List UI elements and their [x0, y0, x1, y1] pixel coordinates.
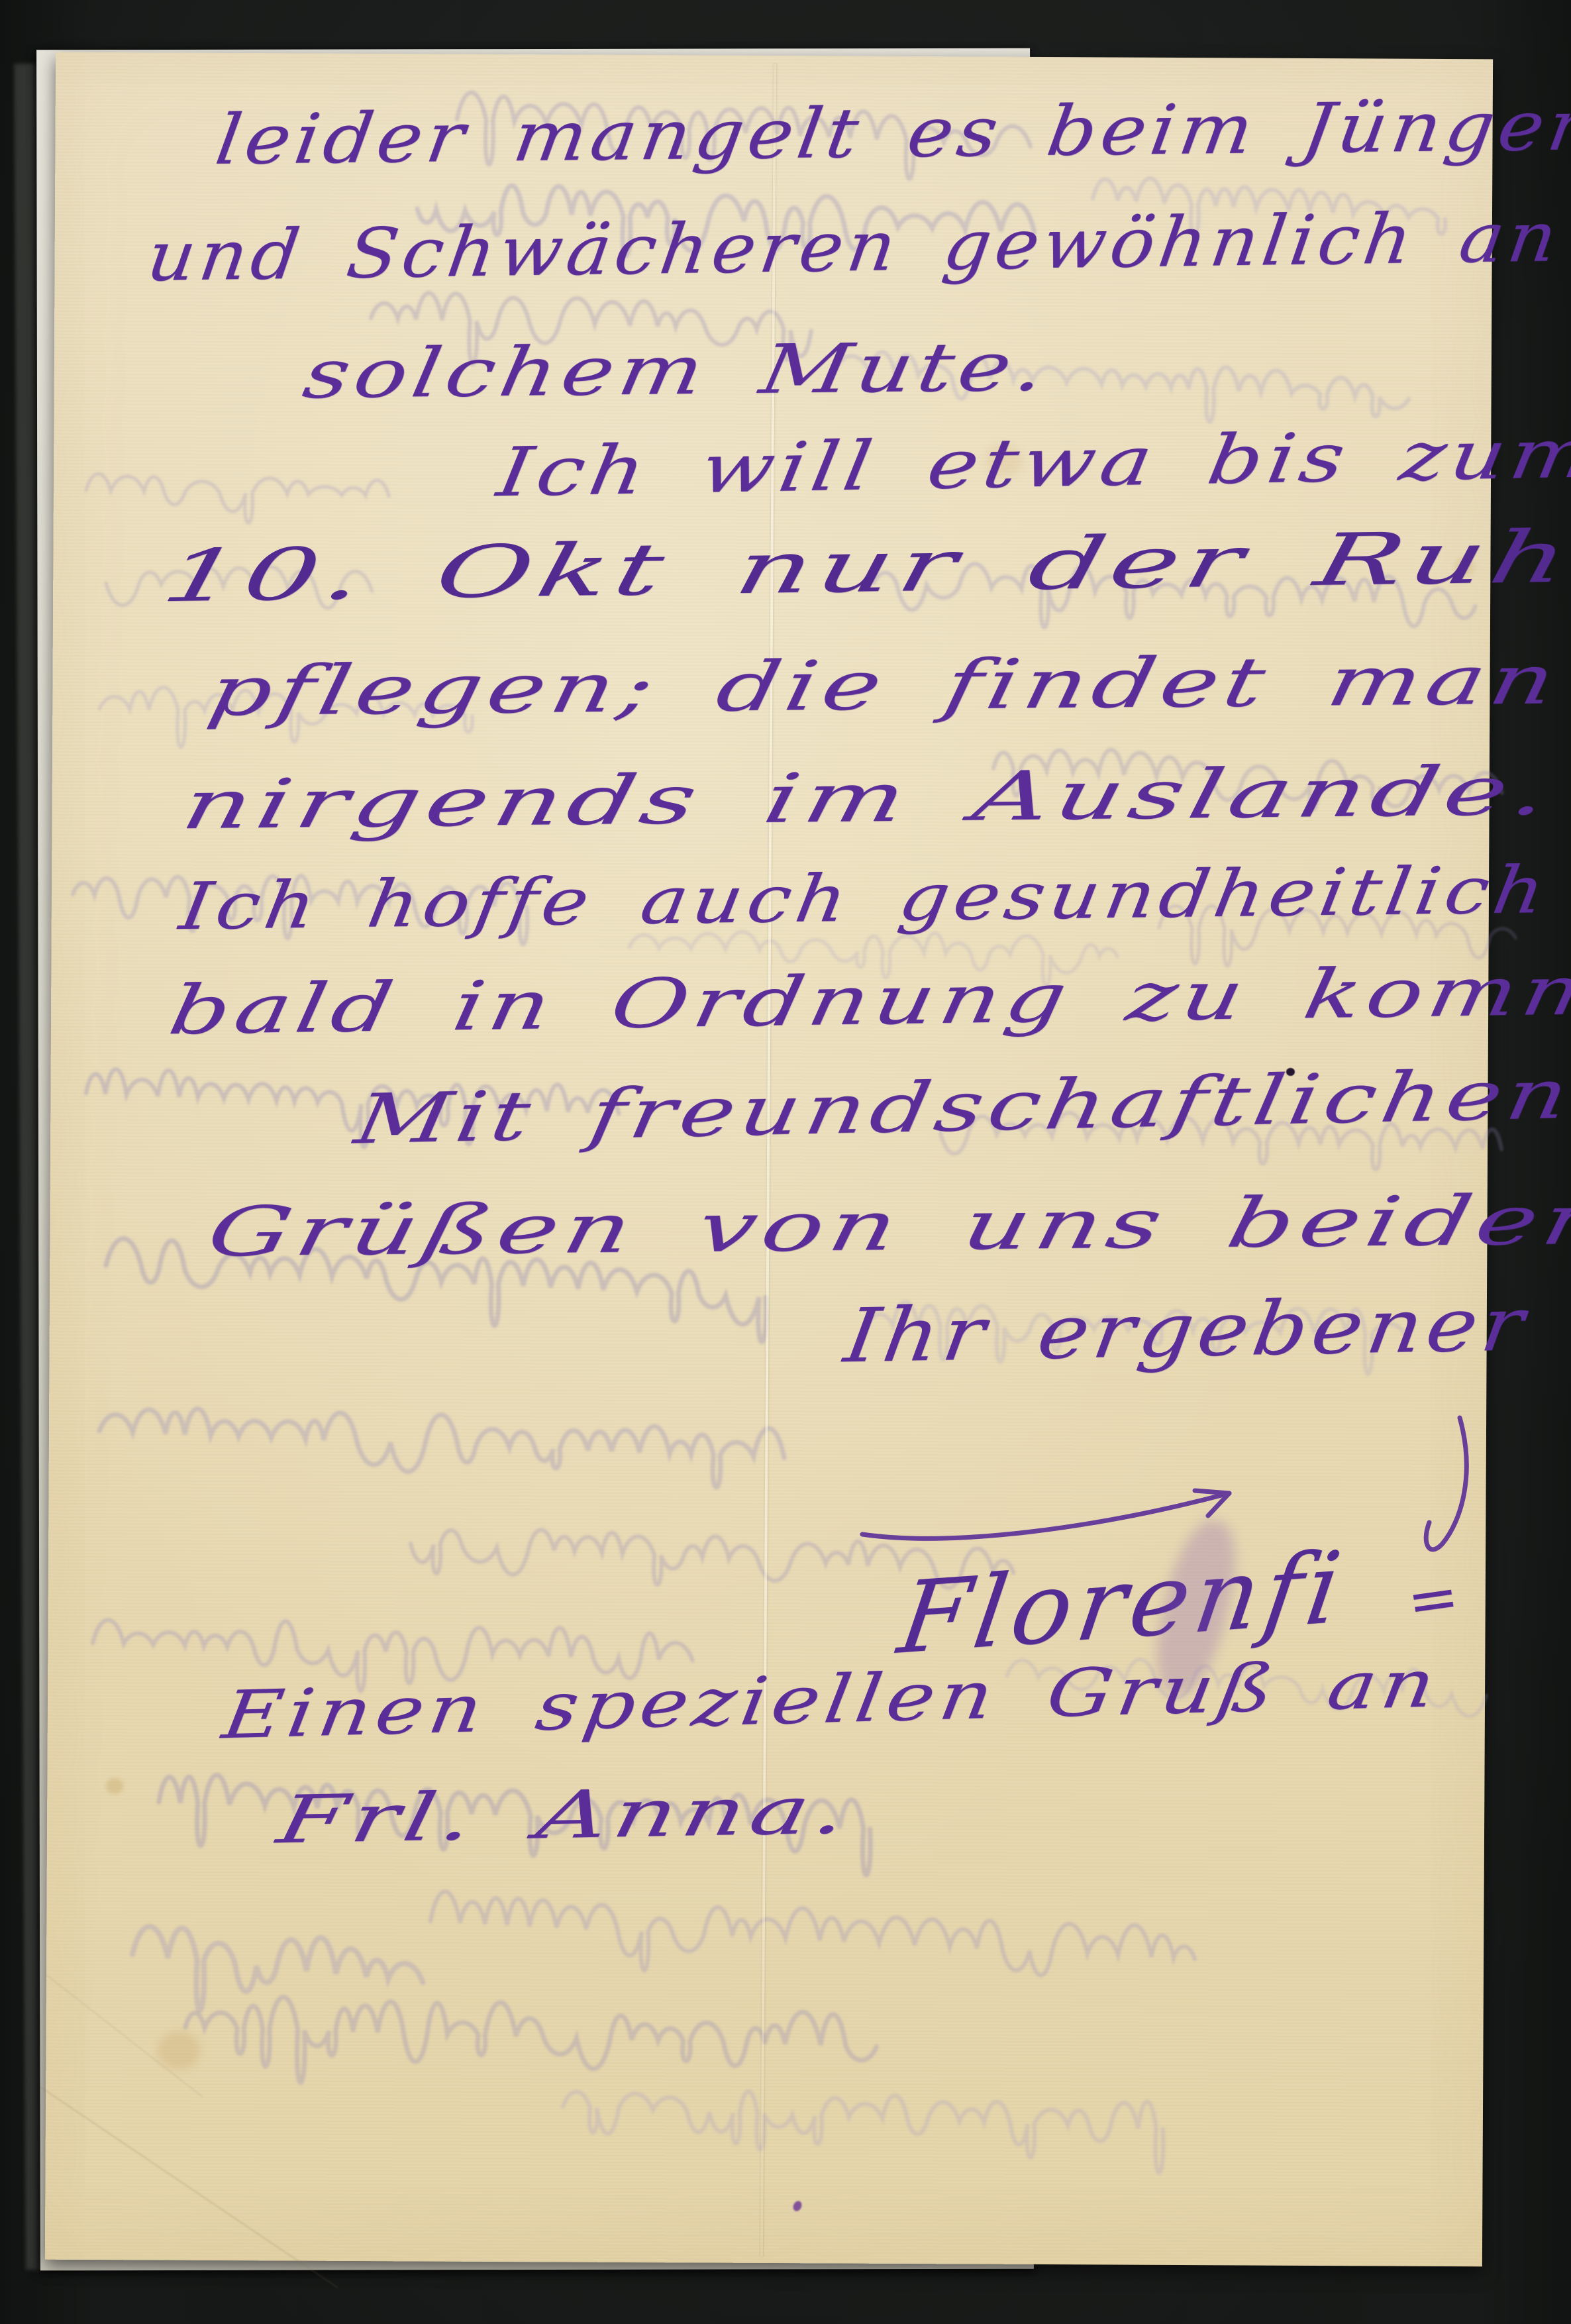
closing-line: Ihr ergebener	[839, 1281, 1533, 1379]
handwriting-line: Grüßen von uns beiden	[201, 1180, 1571, 1272]
signature-equals-mark: =	[1403, 1559, 1467, 1638]
handwriting-line: solchem Mute.	[298, 327, 1056, 414]
handwriting-line: pflegen; die findet man	[202, 640, 1567, 731]
photographed-letter: leider mangelt es beim Jüngeren und Schw…	[0, 0, 1571, 2324]
handwriting-line: nirgends im Auslande.	[176, 751, 1560, 845]
ink-speck	[1286, 1068, 1295, 1076]
postscript-line: Frl. Anna.	[272, 1772, 858, 1858]
handwriting-line: leider mangelt es beim Jüngeren	[211, 84, 1571, 181]
